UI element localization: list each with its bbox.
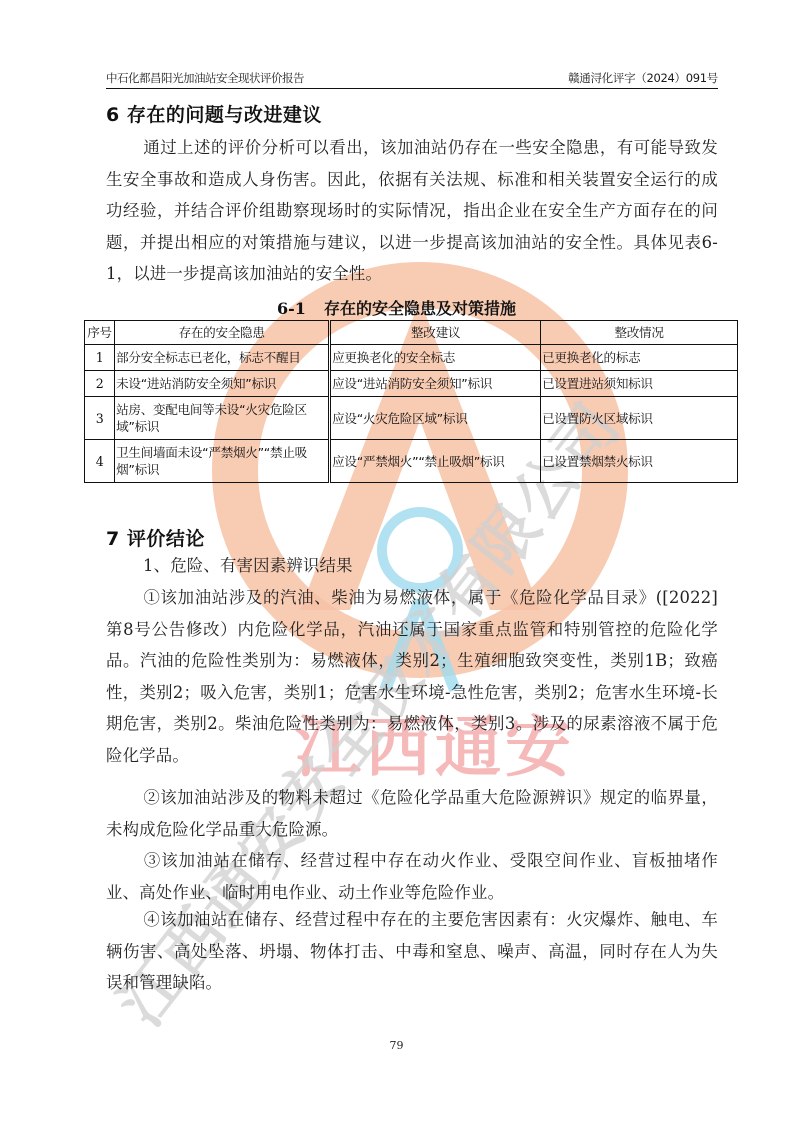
header-status: 整改情况 <box>541 321 738 345</box>
table-caption: 6-1存在的安全隐患及对策措施 <box>0 296 793 319</box>
section-6-intro: 通过上述的评价分析可以看出，该加油站仍存在一些安全隐患，有可能导致发生安全事故和… <box>106 132 718 290</box>
cell-seq: 3 <box>85 397 115 440</box>
cell-advice: 应设“进站消防安全须知”标识 <box>330 371 541 397</box>
table-row: 3 站房、变配电间等未设“火灾危险区域”标识 应设“火灾危险区域”标识 已设置防… <box>85 397 738 440</box>
cell-hazard: 未设“进站消防安全须知”标识 <box>115 371 330 397</box>
cell-status: 已设置禁烟禁火标识 <box>541 440 738 483</box>
cell-advice: 应设“火灾危险区域”标识 <box>330 397 541 440</box>
table-row: 2 未设“进站消防安全须知”标识 应设“进站消防安全须知”标识 已设置进站须知标… <box>85 371 738 397</box>
table-title: 存在的安全隐患及对策措施 <box>324 299 516 318</box>
report-title: 中石化都昌阳光加油站安全现状评价报告 <box>106 70 304 86</box>
table-number: 6-1 <box>277 299 306 318</box>
conclusion-item-3: ③该加油站在储存、经营过程中存在动火作业、受限空间作业、盲板抽堵作业、高处作业、… <box>106 845 718 908</box>
section-7-heading: 7 评价结论 <box>106 524 205 551</box>
page-header: 中石化都昌阳光加油站安全现状评价报告 赣通浔化评字（2024）091号 <box>106 68 718 89</box>
cell-status: 已设置进站须知标识 <box>541 371 738 397</box>
cell-hazard: 卫生间墙面未设“严禁烟火”“禁止吸烟”标识 <box>115 440 330 483</box>
cell-seq: 4 <box>85 440 115 483</box>
report-number: 赣通浔化评字（2024）091号 <box>568 70 718 86</box>
section-7-subtitle: 1、危险、有害因素辨识结果 <box>106 550 718 582</box>
section-6-heading: 6 存在的问题与改进建议 <box>106 100 322 127</box>
cell-hazard: 部分安全标志已老化，标志不醒目 <box>115 345 330 371</box>
table-row: 1 部分安全标志已老化，标志不醒目 应更换老化的安全标志 已更换老化的标志 <box>85 345 738 371</box>
header-advice: 整改建议 <box>330 321 541 345</box>
document-page: 江西通安 江西通安安全技术有限公司 中石化都昌阳光加油站安全现状评价报告 赣通浔… <box>0 0 793 1122</box>
header-seq: 序号 <box>85 321 115 345</box>
conclusion-item-1: ①该加油站涉及的汽油、柴油为易燃液体，属于《危险化学品目录》([2022]第8号… <box>106 582 718 771</box>
cell-hazard: 站房、变配电间等未设“火灾危险区域”标识 <box>115 397 330 440</box>
cell-status: 已设置防火区域标识 <box>541 397 738 440</box>
hazard-table: 序号 存在的安全隐患 整改建议 整改情况 1 部分安全标志已老化，标志不醒目 应… <box>84 320 738 483</box>
conclusion-item-4: ④该加油站在储存、经营过程中存在的主要危害因素有：火灾爆炸、触电、车辆伤害、高处… <box>106 904 718 999</box>
page-number: 79 <box>0 1039 793 1052</box>
cell-seq: 2 <box>85 371 115 397</box>
cell-advice: 应设“严禁烟火”“禁止吸烟”标识 <box>330 440 541 483</box>
cell-status: 已更换老化的标志 <box>541 345 738 371</box>
conclusion-item-2: ②该加油站涉及的物料未超过《危险化学品重大危险源辨识》规定的临界量，未构成危险化… <box>106 782 718 845</box>
table-header-row: 序号 存在的安全隐患 整改建议 整改情况 <box>85 321 738 345</box>
header-hazard: 存在的安全隐患 <box>115 321 330 345</box>
cell-seq: 1 <box>85 345 115 371</box>
cell-advice: 应更换老化的安全标志 <box>330 345 541 371</box>
table-row: 4 卫生间墙面未设“严禁烟火”“禁止吸烟”标识 应设“严禁烟火”“禁止吸烟”标识… <box>85 440 738 483</box>
